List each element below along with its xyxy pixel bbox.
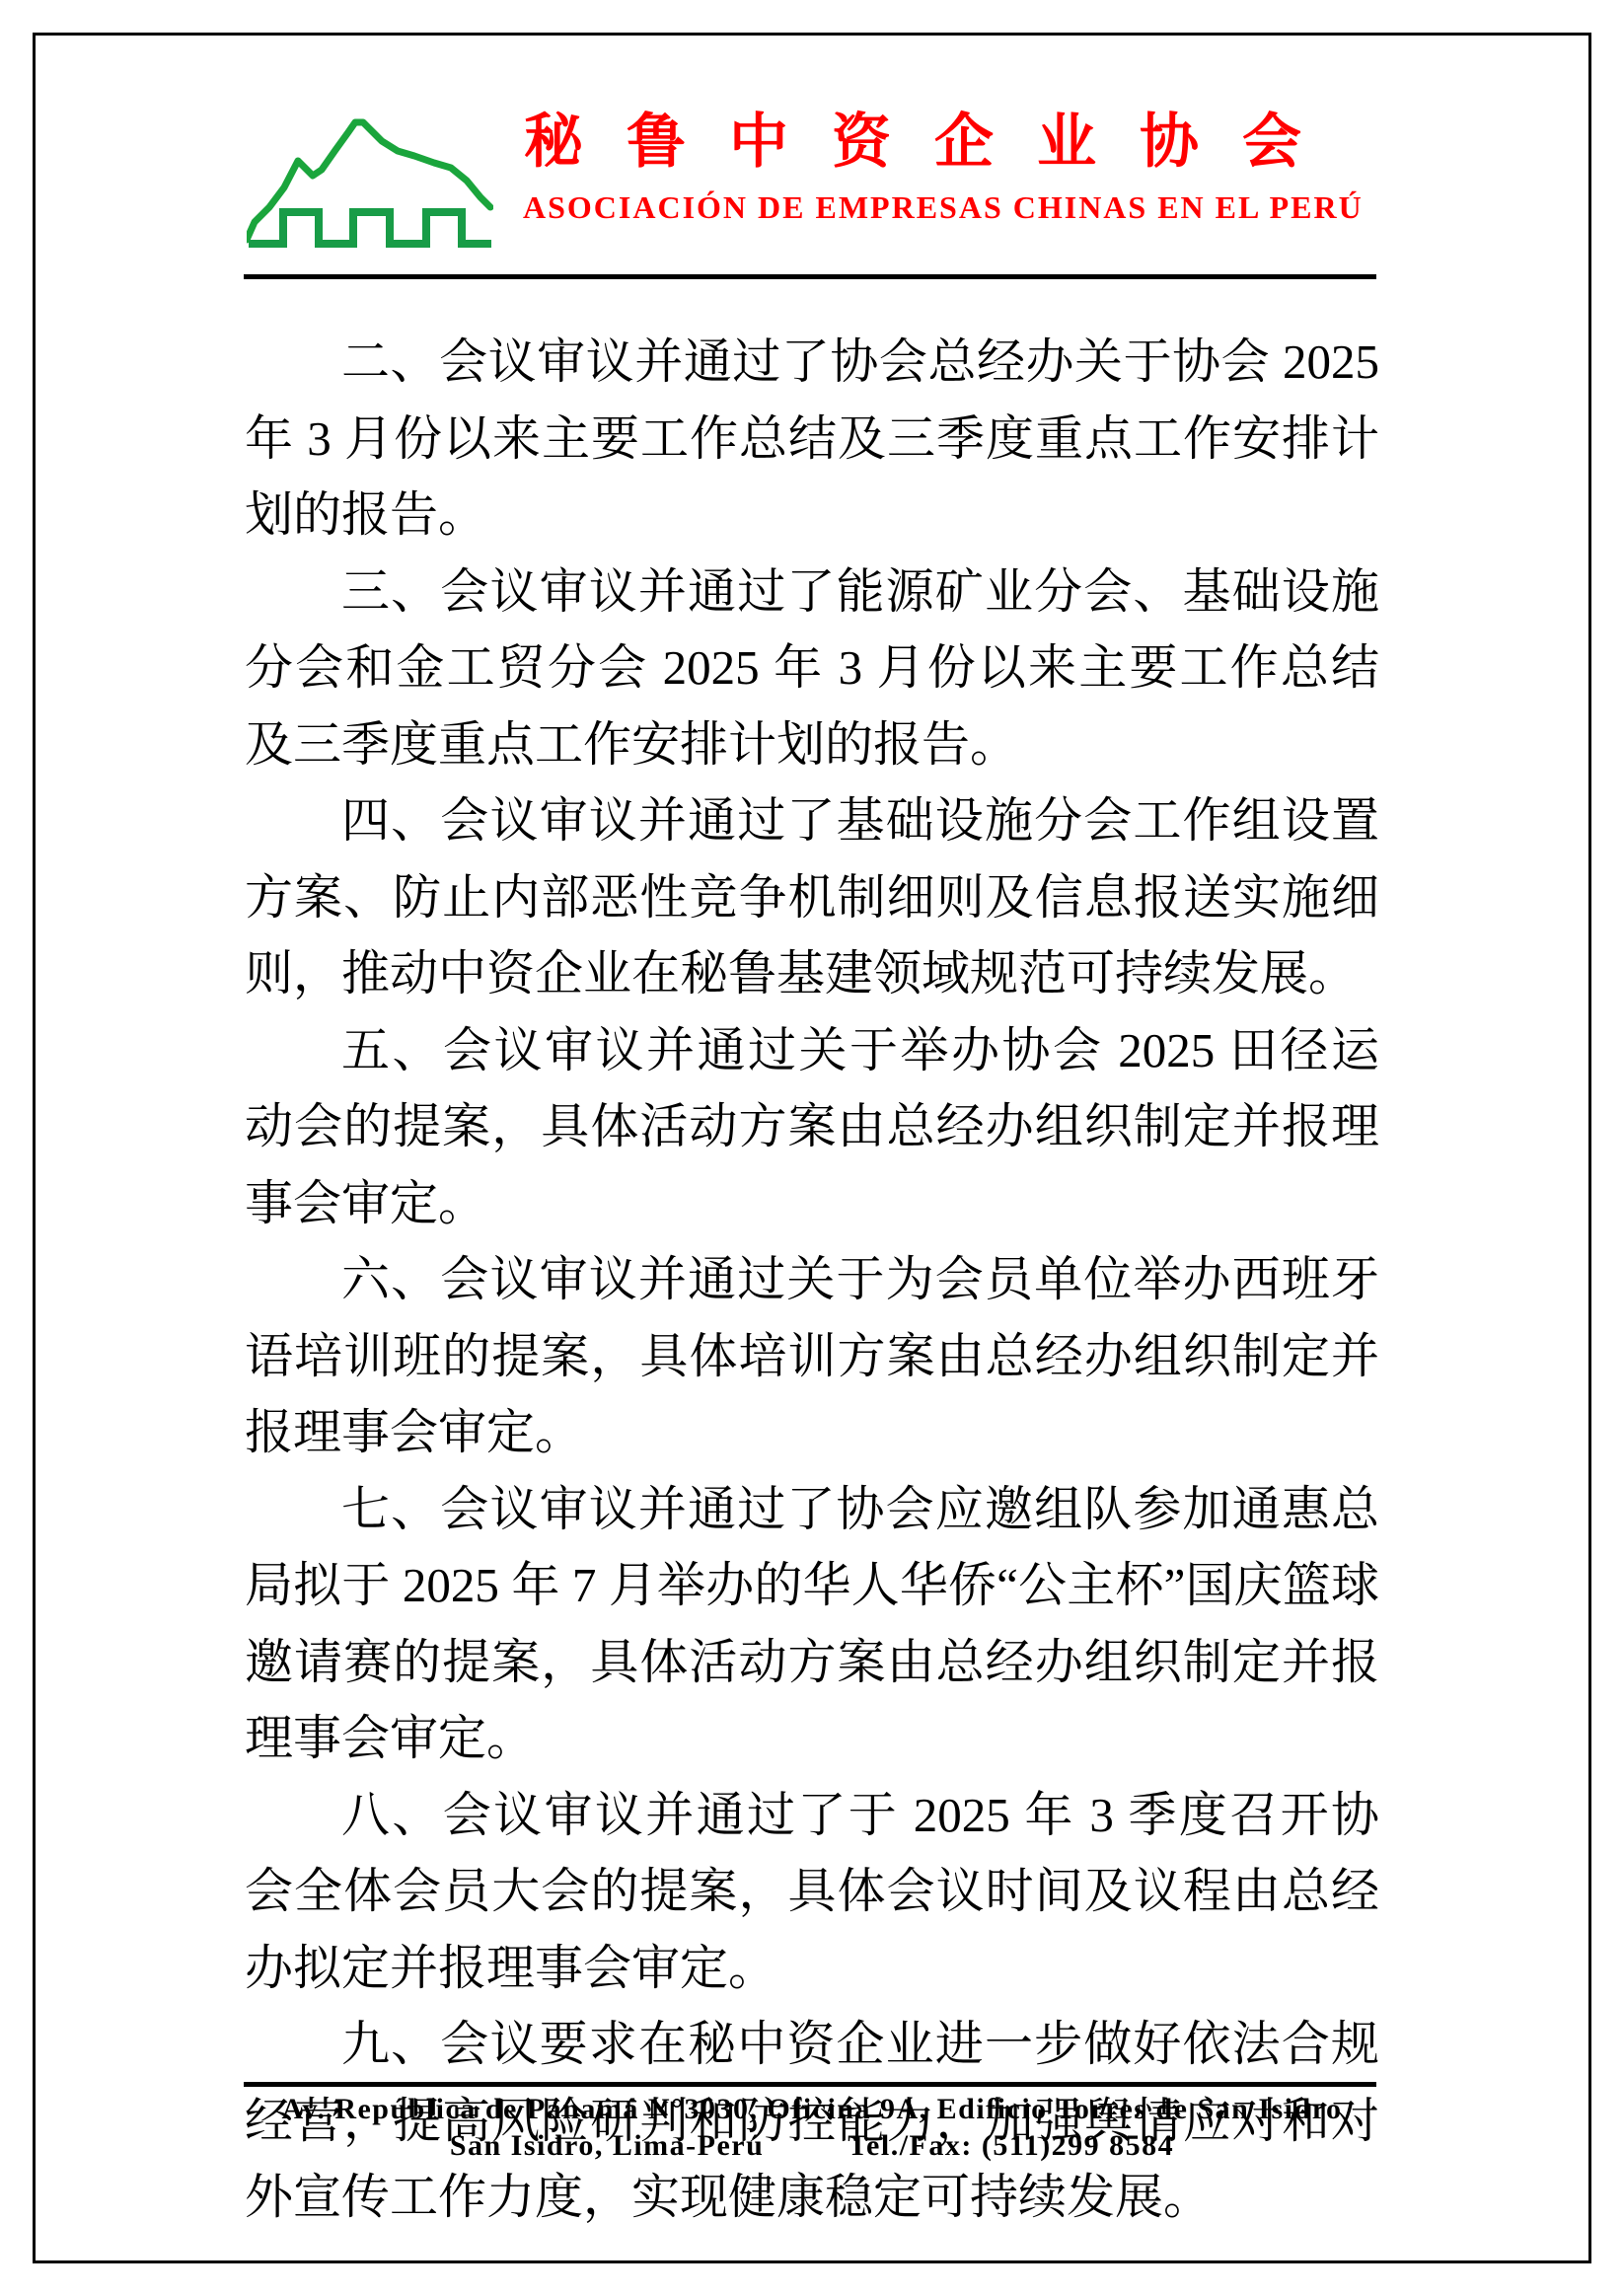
resolution-paragraph-8: 八、会议审议并通过了于 2025 年 3 季度召开协会全体会员大会的提案，具体会… [245, 1777, 1379, 2007]
footer-city: San Isidro, Lima-Perú [450, 2128, 764, 2164]
header-divider [244, 274, 1376, 279]
org-name-chinese: 秘鲁中资企业协会 [524, 107, 1345, 178]
resolution-paragraph-3: 三、会议审议并通过了能源矿业分会、基础设施分会和金工贸分会 2025 年 3 月… [245, 554, 1379, 783]
document-page: 秘鲁中资企业协会 ASOCIACIÓN DE EMPRESAS CHINAS E… [0, 0, 1624, 2296]
mountain-and-wall-logo-icon [247, 111, 493, 249]
resolution-paragraph-4: 四、会议审议并通过了基础设施分会工作组设置方案、防止内部恶性竞争机制细则及信息报… [245, 782, 1379, 1012]
resolution-paragraph-6: 六、会议审议并通过关于为会员单位举办西班牙语培训班的提案，具体培训方案由总经办组… [245, 1241, 1379, 1471]
footer-contact-row: San Isidro, Lima-Perú Tel./Fax: (511)299… [245, 2128, 1379, 2164]
resolution-paragraph-7: 七、会议审议并通过了协会应邀组队参加通惠总局拟于 2025 年 7 月举办的华人… [245, 1471, 1379, 1777]
org-name-spanish: ASOCIACIÓN DE EMPRESAS CHINAS EN EL PERÚ [523, 187, 1364, 227]
resolution-paragraph-5: 五、会议审议并通过关于举办协会 2025 田径运动会的提案，具体活动方案由总经办… [245, 1012, 1379, 1242]
document-body: 二、会议审议并通过了协会总经办关于协会 2025 年 3 月份以来主要工作总结及… [245, 324, 1379, 2236]
resolution-paragraph-2: 二、会议审议并通过了协会总经办关于协会 2025 年 3 月份以来主要工作总结及… [245, 324, 1379, 554]
footer-address: Av. República de Panamá N°3030, Oficina … [245, 2092, 1379, 2127]
footer-phone: Tel./Fax: (511)299 8584 [848, 2128, 1174, 2164]
footer-divider [244, 2082, 1376, 2087]
